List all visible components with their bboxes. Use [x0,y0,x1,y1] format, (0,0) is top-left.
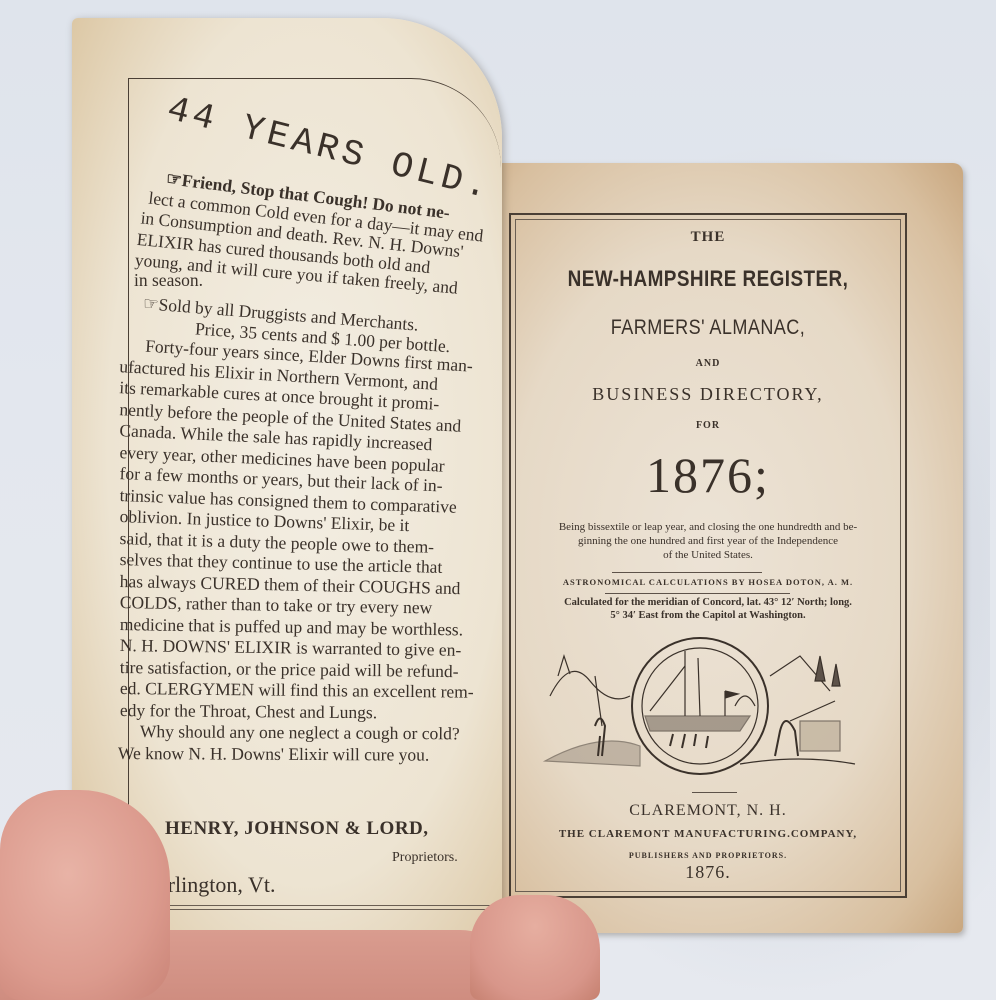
proprietors-label: Proprietors. [392,850,458,866]
imprint-place: CLAREMONT, N. H. [509,802,907,820]
proprietors-name: HENRY, JOHNSON & LORD, [165,818,429,840]
divider [692,792,737,793]
title-directory: BUSINESS DIRECTORY, [509,384,907,405]
divider [612,572,762,573]
title-the: THE [509,229,907,246]
advert-line: Why should any one neglect a cough or co… [118,721,500,745]
title-for: FOR [509,420,907,431]
imprint-year: 1876. [509,862,907,883]
imprint-company: THE CLAREMONT MANUFACTURING.COMPANY, [509,828,907,840]
meridian-note: Calculated for the meridian of Concord, … [509,596,907,622]
hand-thumb [0,790,170,1000]
state-seal-engraving-icon [540,636,860,776]
advert-line: We know N. H. Downs' Elixir will cure yo… [118,743,500,766]
title-and: AND [509,358,907,369]
divider [605,593,790,594]
advert-bottom-rule [140,905,495,910]
hand-finger [470,895,600,1000]
imprint-publishers: PUBLISHERS AND PROPRIETORS. [509,851,907,860]
leap-year-note: Being bissextile or leap year, and closi… [509,520,907,562]
advert-body: ☞Friend, Stop that Cough! Do not ne- lec… [118,162,500,764]
title-almanac: FARMERS' ALMANAC, [537,316,879,340]
title-register: NEW-HAMPSHIRE REGISTER, [537,266,879,292]
title-year: 1876; [509,446,907,504]
astronomical-credit: ASTRONOMICAL CALCULATIONS BY HOSEA DOTON… [509,577,907,587]
